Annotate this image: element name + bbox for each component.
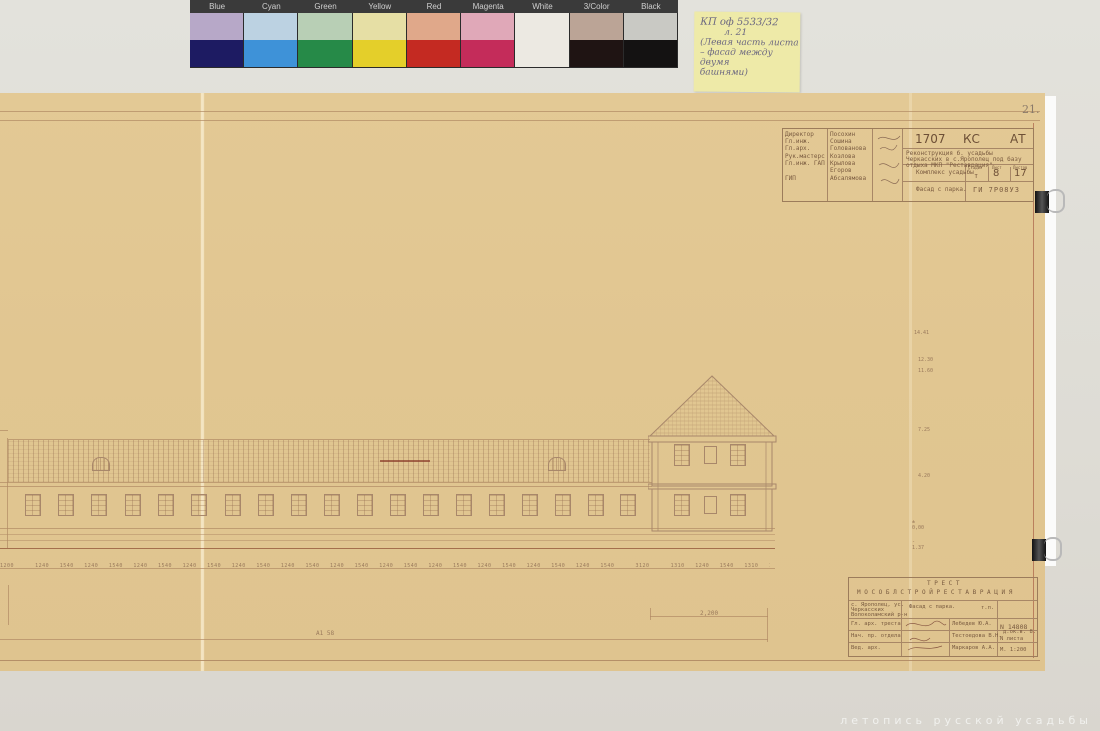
gallery-window	[91, 494, 107, 516]
dim-value: 1240	[183, 563, 197, 569]
elevation-mark: 12.30	[918, 357, 933, 363]
gallery-window	[522, 494, 538, 516]
title-block: Директор Гл.инж. Гл.арх. Рук.мастерс Гл.…	[782, 128, 1034, 202]
swatch	[353, 13, 406, 40]
gallery-window	[291, 494, 307, 516]
tb-roles-2: Рук.мастерс Гл.инж. ГАП	[785, 153, 827, 167]
roof-ridge-line	[8, 439, 650, 440]
tb-code: 1707	[915, 132, 946, 146]
checker-label: Red	[407, 0, 461, 13]
tb-names-2: Козлова Крылова Егоров	[830, 153, 872, 174]
stamp-name-3: Маркаров А.А.	[952, 645, 995, 651]
gallery-window	[588, 494, 604, 516]
dim-value: 1240	[281, 563, 295, 569]
tb-names-3: Абсалямова	[830, 175, 866, 182]
cornice-line	[0, 486, 652, 487]
dim-value: 1240	[133, 563, 147, 569]
gallery-window	[423, 494, 439, 516]
dormer-window	[92, 457, 110, 471]
stamp-divider	[849, 600, 1037, 601]
tb-drawing-name: Фасад с парка.	[916, 186, 967, 193]
axis-line	[8, 585, 9, 625]
swatch	[515, 40, 568, 67]
tb-sheets-value: 17	[1014, 168, 1027, 179]
dim-value: 1240	[576, 563, 590, 569]
pavilion-window	[730, 494, 746, 516]
elevation-mark: - 1.37	[912, 539, 924, 551]
dim-value: 1540	[453, 563, 467, 569]
frame-line	[0, 660, 1040, 661]
cornice-line	[0, 482, 652, 483]
stamp-date: д.ок.в. 8.	[1003, 629, 1036, 635]
swatch	[244, 13, 297, 40]
dim-value: 1200	[769, 563, 770, 569]
stamp-role-2: Нач. пр. отдела	[851, 633, 901, 639]
binder-clip	[1032, 533, 1060, 563]
pavilion-window	[730, 444, 746, 466]
tb-stage-value: т	[974, 172, 978, 180]
stamp-sheet-label: N листа	[1000, 636, 1023, 642]
signature-scribbles	[875, 131, 903, 196]
dimension-chain: 1200 1240 1540 1240 1540 1240 1540 1240 …	[0, 563, 770, 569]
dim-value: 1240	[695, 563, 709, 569]
dim-value: 1310	[671, 563, 685, 569]
elevation-mark: 14.41	[914, 330, 929, 336]
swatch	[624, 40, 677, 67]
swatch	[190, 13, 243, 40]
stamp-org-line1: Т Р Е С Т	[927, 580, 960, 587]
gallery-window	[324, 494, 340, 516]
stamp-object-3: Волоколамский р-н	[851, 612, 907, 618]
gallery-window	[258, 494, 274, 516]
elevation-mark: 7.25	[918, 427, 930, 433]
swatch	[570, 40, 623, 67]
sticky-line: – фасад между двумя	[694, 48, 800, 69]
frame-line	[0, 111, 1040, 112]
dim-value: 1540	[207, 563, 221, 569]
fold-line	[201, 93, 204, 671]
dim-value: 1240	[379, 563, 393, 569]
stamp-divider	[997, 600, 998, 656]
stamp-role-1: Гл. арх. треста	[851, 621, 901, 627]
stamp-role-3: Вед. арх.	[851, 645, 881, 651]
pavilion-drawing	[648, 374, 778, 554]
swatch	[353, 40, 406, 67]
gallery-window	[225, 494, 241, 516]
tb-stage: АТ	[1010, 132, 1026, 146]
gallery-window	[555, 494, 571, 516]
gallery-window	[58, 494, 74, 516]
dim-value: 1240	[232, 563, 246, 569]
checker-label: Black	[624, 0, 678, 13]
dim-value: 1540	[502, 563, 516, 569]
gallery-window	[191, 494, 207, 516]
stamp-name-2: Тестоедова В.Н.	[952, 633, 1002, 639]
tb-names-1: Посохин Сошина Голованова	[830, 131, 872, 152]
elevation-mark: ± 0,00	[912, 519, 924, 531]
gallery-window	[390, 494, 406, 516]
swatch	[407, 40, 460, 67]
dim-value: 1540	[256, 563, 270, 569]
checker-label: Magenta	[461, 0, 515, 13]
dim-value: 1540	[305, 563, 319, 569]
axis-label: А1 58	[316, 630, 334, 637]
dimension-tick	[767, 608, 768, 642]
org-stamp: Т Р Е С Т М О С О Б Л С Т Р О Й Р Е С Т …	[848, 577, 1038, 657]
tb-section: КС	[963, 132, 980, 146]
dormer-window	[548, 457, 566, 471]
dim-value: 1540	[404, 563, 418, 569]
tb-sheet-value: 8	[993, 168, 999, 179]
dim-value: 1240	[35, 563, 49, 569]
swatch	[624, 13, 677, 40]
tb-stage-label: Стадия	[968, 165, 982, 170]
color-checker-labels: Blue Cyan Green Yellow Red Magenta White…	[190, 0, 678, 13]
pavilion-window	[674, 444, 690, 466]
stamp-divider	[901, 600, 902, 656]
dim-value: 1540	[600, 563, 614, 569]
pavilion-blind-window	[704, 496, 717, 514]
tb-object: Комплекс усадьбы	[916, 169, 974, 176]
dim-value: 1310	[744, 563, 758, 569]
tb-roles-3: ГИП	[785, 175, 796, 182]
elevation-mark: 11.60	[918, 368, 933, 374]
bottom-dimension: 2,200	[700, 610, 718, 617]
tb-divider	[1010, 167, 1011, 181]
binder-clip	[1035, 185, 1063, 215]
elevation-mark: 4.20	[918, 473, 930, 479]
checker-row-saturated	[190, 40, 678, 67]
swatch	[461, 40, 514, 67]
page-number: 21.	[1022, 103, 1040, 116]
pavilion-window	[674, 494, 690, 516]
dim-value: 1240	[527, 563, 541, 569]
stamp-org-line2: М О С О Б Л С Т Р О Й Р Е С Т А В Р А Ц …	[857, 589, 1012, 596]
clip-wire	[1047, 189, 1065, 213]
dim-value: 1540	[355, 563, 369, 569]
dim-value: 1240	[428, 563, 442, 569]
swatch	[407, 13, 460, 40]
frame-line	[0, 120, 1040, 121]
gallery-window	[620, 494, 636, 516]
sticky-line: КП оф 5533/32	[694, 12, 800, 29]
red-mark	[380, 460, 430, 462]
stamp-scale: М. 1:200	[1000, 647, 1027, 653]
checker-label: Blue	[190, 0, 244, 13]
gallery-window	[125, 494, 141, 516]
checker-row-light	[190, 13, 678, 40]
color-checker-card: Blue Cyan Green Yellow Red Magenta White…	[190, 0, 678, 68]
checker-label: Yellow	[353, 0, 407, 13]
swatch	[570, 13, 623, 40]
checker-label: Green	[298, 0, 352, 13]
stamp-divider	[949, 618, 950, 656]
clip-wire	[1044, 537, 1062, 561]
swatch	[461, 13, 514, 40]
dim-value: 1240	[84, 563, 98, 569]
gallery-window	[158, 494, 174, 516]
dim-value: 1540	[551, 563, 565, 569]
checker-label: Cyan	[244, 0, 298, 13]
dimension-line	[0, 639, 768, 640]
tb-divider	[988, 167, 989, 181]
dim-value: 1540	[109, 563, 123, 569]
swatch	[515, 13, 568, 40]
tb-archive-no: ГИ 7Р08У3	[973, 186, 1020, 194]
dim-value: 1200	[0, 563, 14, 569]
tb-roles-1: Директор Гл.инж. Гл.арх.	[785, 131, 827, 152]
stamp-name-1: Лебедев Ю.А.	[952, 621, 992, 627]
dim-value: 1540	[720, 563, 734, 569]
dim-value: 3120	[636, 563, 650, 569]
checker-label: White	[515, 0, 569, 13]
gallery-window	[25, 494, 41, 516]
stamp-drawing-name: Фасад с парка.	[909, 604, 955, 610]
sticky-line: башнями)	[694, 68, 800, 79]
sticky-note: КП оф 5533/32 л. 21 (Левая часть листа –…	[694, 12, 801, 93]
checker-label: 3/Color	[570, 0, 624, 13]
gallery-window	[456, 494, 472, 516]
pavilion-blind-window	[704, 446, 717, 464]
dim-value: 1540	[158, 563, 172, 569]
dimension-tick	[650, 608, 651, 620]
gallery-window	[489, 494, 505, 516]
dim-value: 1240	[330, 563, 344, 569]
tower-edge	[0, 430, 8, 431]
dim-value: 1540	[60, 563, 74, 569]
swatch	[190, 40, 243, 67]
swatch	[298, 40, 351, 67]
stamp-stage: т.п.	[981, 605, 994, 611]
watermark: летопись русской усадьбы	[840, 714, 1092, 727]
stamp-signatures	[904, 618, 948, 654]
gallery-window	[357, 494, 373, 516]
swatch	[298, 13, 351, 40]
swatch	[244, 40, 297, 67]
dim-value: 1240	[478, 563, 492, 569]
